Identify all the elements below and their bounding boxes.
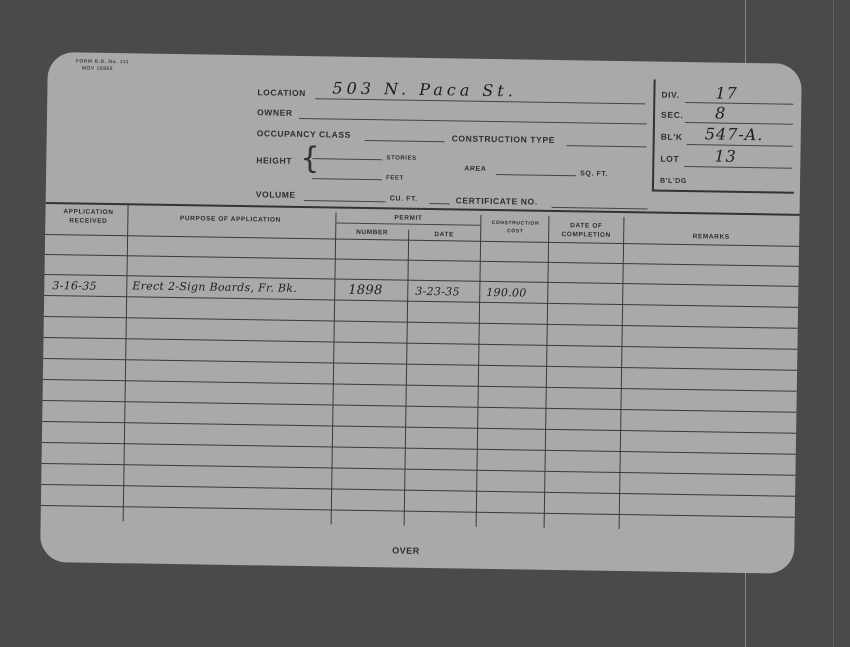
- permit-table: APPLICATION RECEIVED PURPOSE OF APPLICAT…: [41, 202, 800, 534]
- lot-line: [684, 166, 792, 169]
- occupancy-class-label: OCCUPANCY CLASS: [257, 128, 351, 139]
- construction-type-line: [567, 145, 647, 147]
- sec-value: 8: [715, 103, 726, 122]
- volume-label: VOLUME: [256, 189, 296, 200]
- header-remarks: REMARKS: [625, 231, 797, 243]
- cu-ft-label: CU. FT.: [390, 195, 418, 202]
- stories-line: [312, 158, 382, 160]
- construction-type-label: CONSTRUCTION TYPE: [452, 133, 555, 145]
- cell-permit-number: 1898: [348, 283, 383, 299]
- cell-application-received: 3-16-35: [52, 279, 97, 293]
- cell-purpose: Erect 2-Sign Boards, Fr. Bk.: [132, 279, 297, 295]
- over-label: OVER: [392, 545, 420, 555]
- lot-label: LOT: [660, 154, 679, 164]
- feet-label: FEET: [386, 175, 404, 181]
- header-date-of-completion: DATE OF COMPLETION: [553, 221, 619, 240]
- bldg-label: B'L'DG: [660, 178, 687, 185]
- cell-construction-cost: 190.00: [486, 286, 526, 300]
- blk-label: BL'K: [661, 132, 683, 142]
- cu-ft-line: [430, 203, 450, 204]
- blk-line: [687, 144, 793, 147]
- header-application-received: APPLICATION RECEIVED: [57, 207, 119, 226]
- div-label: DIV.: [661, 90, 679, 100]
- area-line: [496, 174, 576, 176]
- div-line: [685, 102, 793, 105]
- stories-label: STORIES: [386, 155, 417, 161]
- feet-line: [312, 178, 382, 180]
- parcel-box: DIV. 17 SEC. 8 BL'K 547-A. LOT 13 B'L'DG: [652, 80, 796, 194]
- cell-permit-date: 3-23-35: [415, 285, 460, 299]
- film-scratch: [833, 0, 834, 647]
- lot-value: 13: [714, 146, 737, 165]
- location-value: 503 N. Paca St.: [332, 78, 517, 100]
- area-label: AREA: [464, 166, 486, 173]
- header-permit-number: NUMBER: [337, 228, 407, 238]
- volume-line: [304, 200, 386, 202]
- occupancy-class-line: [365, 140, 445, 142]
- blk-value: 547-A.: [705, 124, 764, 144]
- header-purpose: PURPOSE OF APPLICATION: [135, 213, 325, 225]
- location-label: LOCATION: [257, 87, 306, 98]
- certificate-line: [552, 207, 648, 210]
- sec-label: SEC.: [661, 110, 683, 120]
- div-value: 17: [715, 83, 738, 102]
- header-construction-cost: CONSTRUCTION COST: [485, 219, 545, 236]
- form-number: FORM B.B. No. 111 MOV 15865: [76, 58, 129, 73]
- building-permit-record-card: FORM B.B. No. 111 MOV 15865 LOCATION 503…: [40, 52, 802, 574]
- owner-line: [299, 118, 647, 124]
- header-permit-date: DATE: [409, 230, 479, 240]
- certificate-label: CERTIFICATE NO.: [456, 195, 538, 206]
- owner-label: OWNER: [257, 107, 293, 118]
- height-label: HEIGHT: [256, 155, 292, 166]
- sq-ft-label: SQ. FT.: [580, 170, 608, 177]
